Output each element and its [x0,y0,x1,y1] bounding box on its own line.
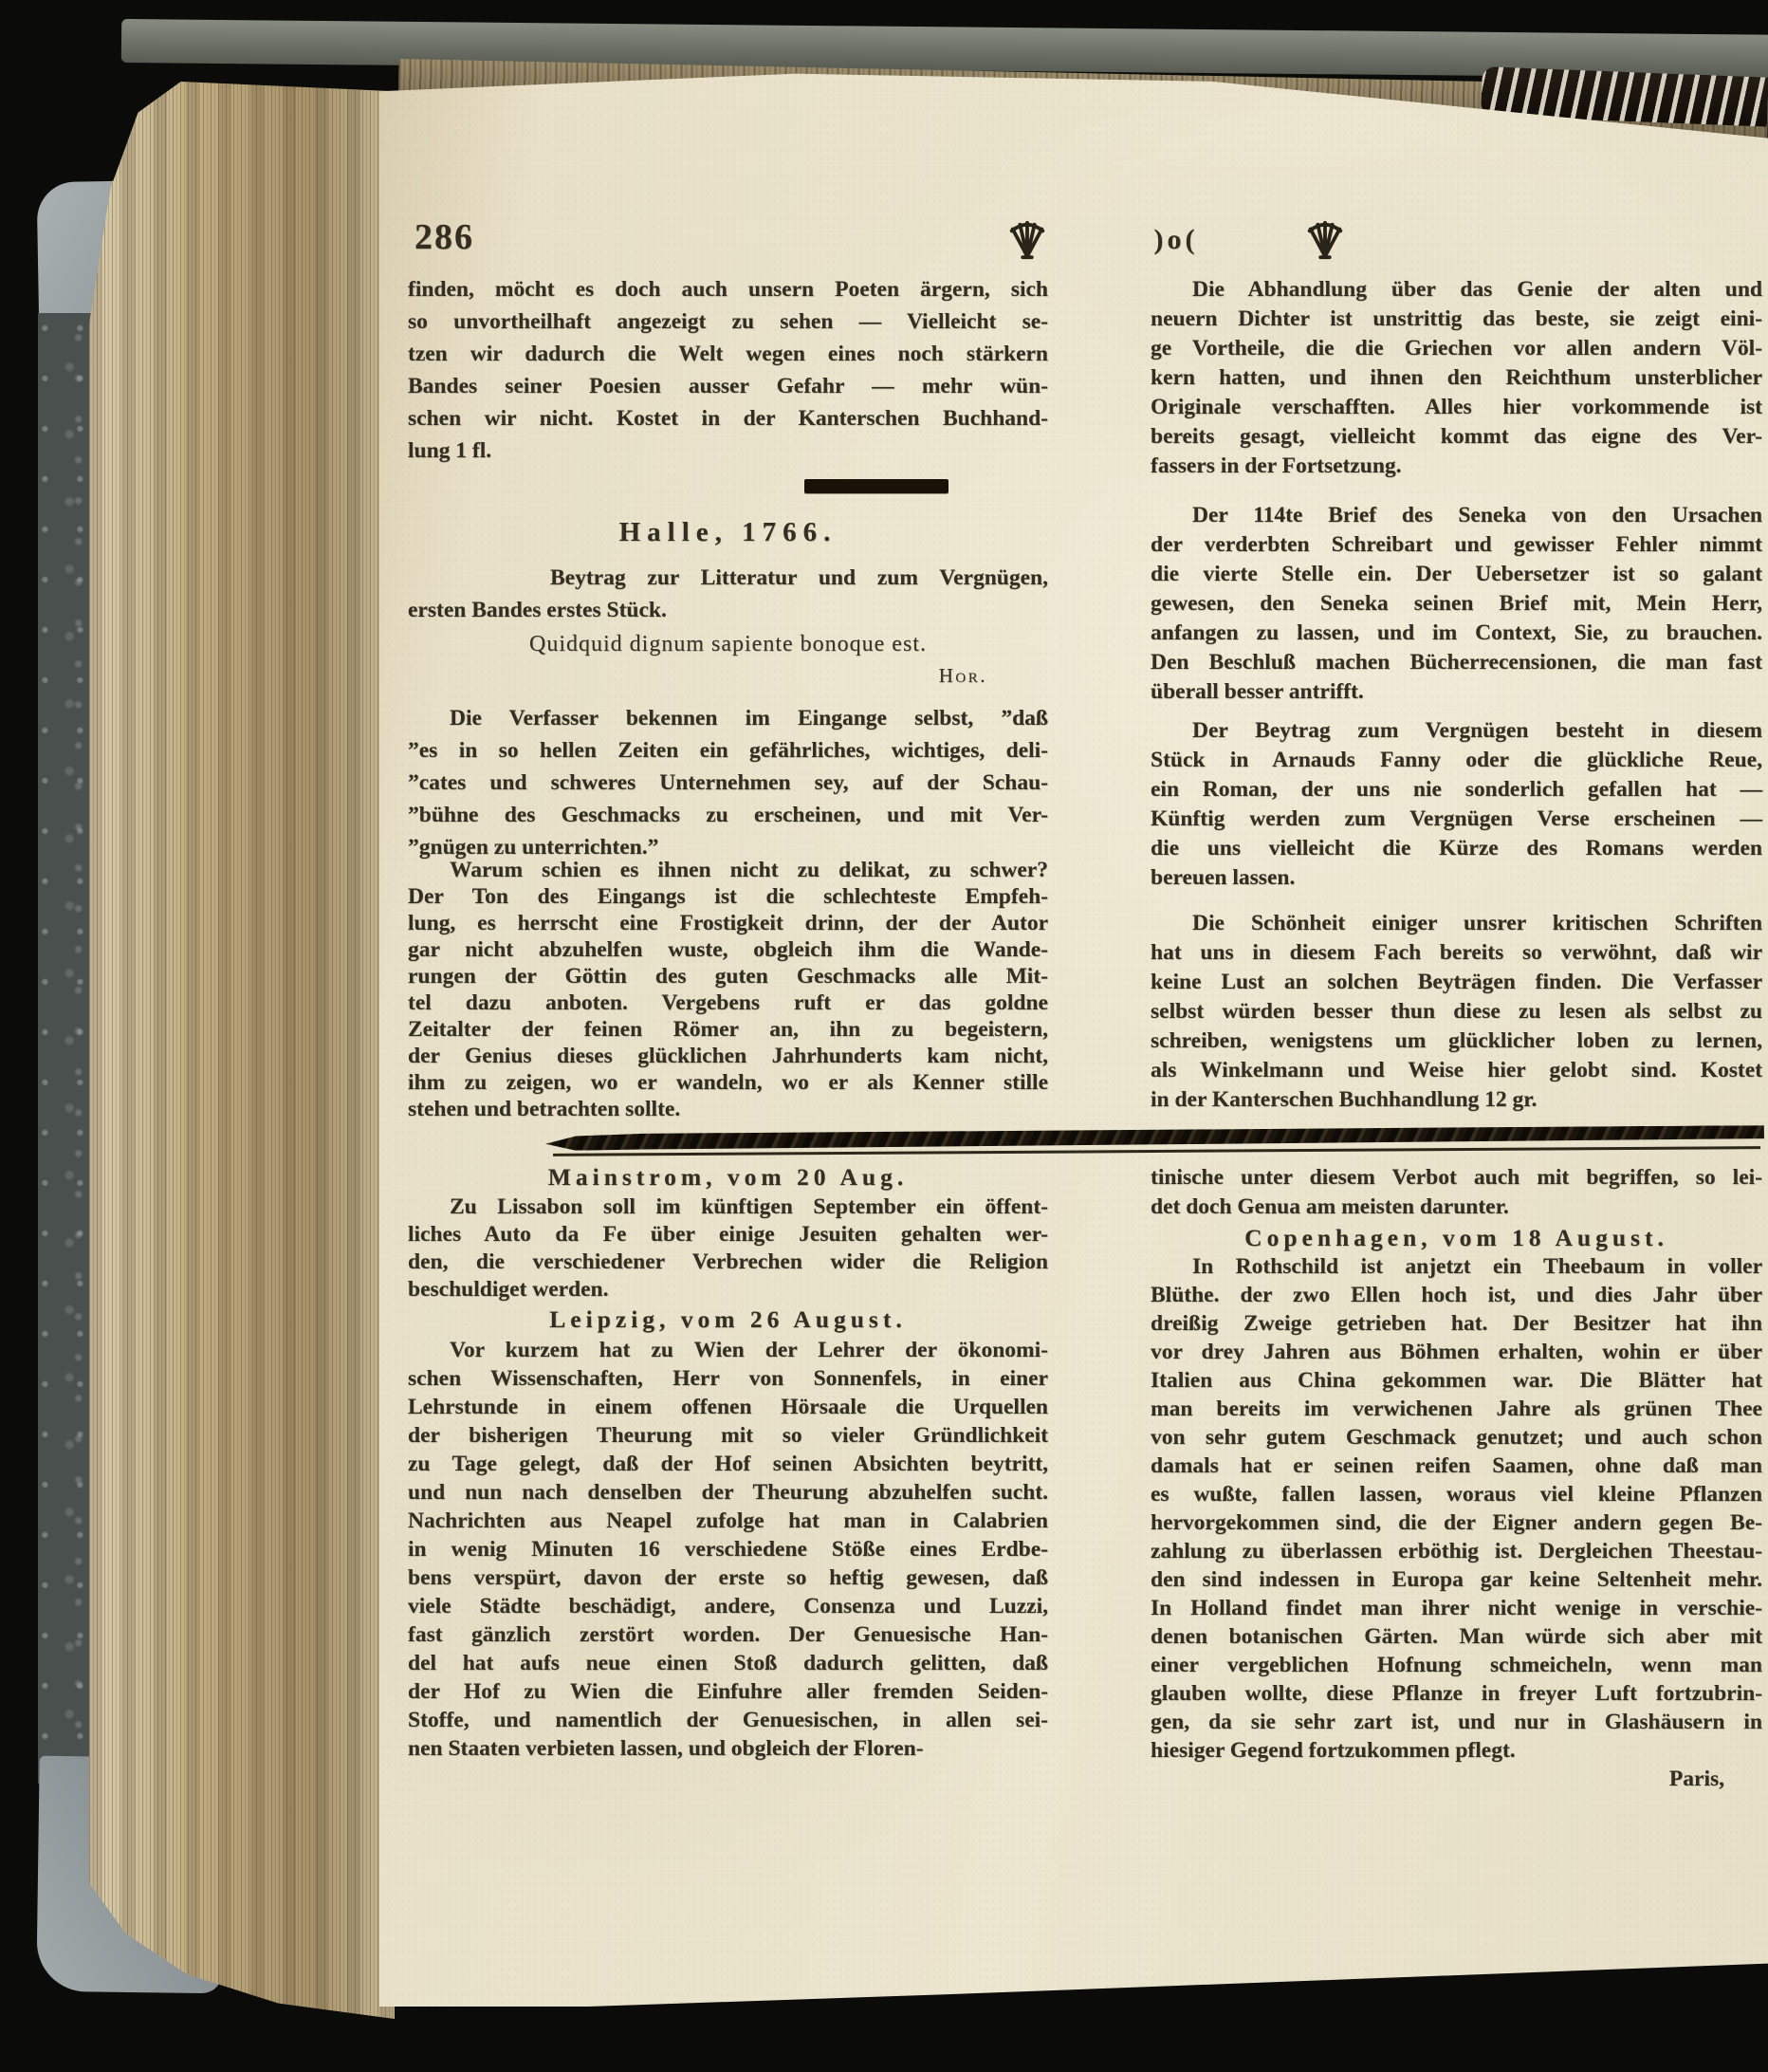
text-line: Zu Lissabon soll im künftigen September … [408,1193,1048,1221]
text-line: bens verspürt, davon der erste so heftig… [408,1563,1048,1592]
text-line: gar nicht abzuhelfen wuste, obgleich ihm… [408,936,1048,963]
paragraph-continuation: finden, möcht es doch auch unsern Poeten… [408,273,1048,467]
text-line: fast gänzlich zerstört worden. Der Genue… [408,1620,1048,1649]
text-line: in wenig Minuten 16 verschiedene Stöße e… [408,1535,1048,1563]
text-line: Bandes seiner Poesien ausser Gefahr — me… [408,370,1048,402]
book-page: 286 )o( finden, möcht es doch auc [379,52,1768,2007]
text-line: schreiben, wenigstens um glücklicher lob… [1151,1027,1762,1056]
text-line: zahlung zu überlassen erböthig ist. Derg… [1151,1537,1762,1565]
text-line: man bereits im verwichenen Jahre als grü… [1151,1395,1762,1423]
news-heading-leipzig: Leipzig, vom 26 August. [408,1305,1048,1334]
text-line: in der Kanterschen Buchhandlung 12 gr. [1151,1085,1762,1115]
ornamental-divider [545,1125,1764,1157]
text-line: Stück in Arnauds Fanny oder die glücklic… [1151,746,1762,775]
shell-ornament-icon [1005,219,1049,261]
text-line: damals hat er seinen reifen Saamen, ohne… [1151,1452,1762,1480]
news-paragraph: In Rothschild ist anjetzt ein Theebaum i… [1151,1252,1762,1765]
text-line: ”es in so hellen Zeiten ein gefährliches… [408,734,1048,767]
text-line: liches Auto da Fe über einige Jesuiten g… [408,1221,1048,1249]
text-line: del hat aufs neue einen Stoß dadurch gel… [408,1649,1048,1677]
text-line: gen, da sie sehr zart ist, und nur in Gl… [1151,1708,1762,1736]
section-rule [804,479,948,493]
news-paragraph: Vor kurzem hat zu Wien der Lehrer der ök… [408,1336,1048,1763]
text-line: kern hatten, und ihnen den Reichthum uns… [1151,363,1762,393]
text-line: lung 1 fl. [408,435,1048,467]
text-line: gewesen, den Seneka seinen Brief mit, Me… [1151,589,1762,619]
text-line: der verderbten Schreibart und gewisser F… [1151,530,1762,560]
text-line: Der Beytrag zum Vergnügen besteht in die… [1151,716,1762,746]
text-line: Vor kurzem hat zu Wien der Lehrer der ök… [408,1336,1048,1364]
text-line: hat uns in diesem Fach bereits so verwöh… [1151,938,1762,968]
text-line: der Hof zu Wien die Einfuhre aller fremd… [408,1677,1048,1706]
text-line: tzen wir dadurch die Welt wegen eines no… [408,338,1048,370]
text-line: stehen und betrachten sollte. [408,1096,1048,1122]
text-line: Warum schien es ihnen nicht zu delikat, … [408,857,1048,883]
text-line: In Holland findet man ihrer nicht wenige… [1151,1594,1762,1622]
text-line: finden, möcht es doch auch unsern Poeten… [408,273,1048,305]
text-line: Zeitalter der feinen Römer an, ihn zu be… [408,1016,1048,1043]
text-line: tinische unter diesem Verbot auch mit be… [1151,1163,1762,1193]
latin-epigraph: Quidquid dignum sapiente bonoque est. [408,632,1048,657]
page-number: 286 [414,216,474,258]
text-line: Italien aus China gekommen war. Die Blät… [1151,1366,1762,1395]
text-line: Blüthe. der zwo Ellen hoch ist, und dies… [1151,1281,1762,1309]
text-line: den, die verschiedener Verbrechen wider … [408,1249,1048,1276]
text-line: der Genius dieses glücklichen Jahrhunder… [408,1043,1048,1069]
text-line: Nachrichten aus Neapel zufolge hat man i… [408,1507,1048,1535]
news-heading-mainstrom: Mainstrom, vom 20 Aug. [408,1163,1048,1192]
text-line: schen wir nicht. Kostet in der Kantersch… [408,402,1048,435]
text-line: denen botanischen Gärten. Man würde sich… [1151,1622,1762,1651]
text-line: keine Lust an solchen Beyträgen finden. … [1151,968,1762,997]
shell-ornament-icon [1303,219,1347,261]
text-line: Die Schönheit einiger unsrer kritischen … [1151,909,1762,938]
text-line: Beytrag zur Litteratur und zum Vergnügen… [408,562,1048,594]
text-line: hervorgekommen sind, die der Eigner ande… [1151,1508,1762,1537]
text-line: den sind indessen in Europa gar keine Se… [1151,1565,1762,1594]
text-line: Der Ton des Eingangs ist die schlechtest… [408,883,1048,910]
text-line: die vierte Stelle ein. Der Uebersetzer i… [1151,560,1762,589]
text-line: die uns vielleicht die Kürze des Romans … [1151,834,1762,863]
text-line: ersten Bandes erstes Stück. [408,594,1048,626]
text-line: so unvortheilhaft angezeigt zu sehen — V… [408,305,1048,338]
review-paragraph: Der Beytrag zum Vergnügen besteht in die… [1151,716,1762,893]
text-line: Den Beschluß machen Bücherrecensionen, d… [1151,648,1762,677]
text-line: Originale verschafften. Alles hier vorko… [1151,393,1762,422]
text-line: ein Roman, der uns nie sonderlich gefall… [1151,775,1762,805]
text-line: lung, es herrscht eine Frostigkeit drinn… [408,910,1048,936]
text-line: einer vergeblichen Hofnung schmeicheln, … [1151,1651,1762,1679]
text-line: Der 114te Brief des Seneka von den Ursac… [1151,501,1762,530]
text-line: bereuen lassen. [1151,863,1762,893]
catchword: Paris, [1151,1767,1762,1792]
text-line: fassers in der Fortsetzung. [1151,452,1762,481]
text-line: viele Städte beschädigt, andere, Consenz… [408,1592,1048,1620]
text-line: Stoffe, und namentlich der Genuesischen,… [408,1706,1048,1734]
text-line: nen Staaten verbieten lassen, und obglei… [408,1734,1048,1763]
text-line: hiesiger Gegend fortzukommen pflegt. [1151,1736,1762,1765]
text-line: In Rothschild ist anjetzt ein Theebaum i… [1151,1252,1762,1281]
text-line: det doch Genua am meisten darunter. [1151,1193,1762,1222]
text-line: überall besser antrifft. [1151,677,1762,707]
article-subtitle: Beytrag zur Litteratur und zum Vergnügen… [408,562,1048,626]
text-line: rungen der Göttin des guten Geschmacks a… [408,963,1048,990]
book-photo: { "page": { "number": "286", "ornaments"… [0,0,1768,2072]
article-heading-halle: Halle, 1766. [408,517,1048,548]
center-ornament: )o( [1154,224,1199,256]
text-line: vor drey Jahren aus Böhmen erhalten, woh… [1151,1338,1762,1366]
text-line: der bisherigen Theurung mit so vieler Gr… [408,1421,1048,1450]
text-line: ge Vortheile, die die Griechen vor allen… [1151,334,1762,363]
text-line: selbst würden besser thun diese zu lesen… [1151,997,1762,1027]
text-line: dreißig Zweige getrieben hat. Der Besitz… [1151,1309,1762,1338]
text-line: anfangen zu lassen, und im Context, Sie,… [1151,619,1762,648]
review-paragraph: Der 114te Brief des Seneka von den Ursac… [1151,501,1762,707]
review-paragraph: Warum schien es ihnen nicht zu delikat, … [408,857,1048,1122]
text-line: ihm zu zeigen, wo er wandeln, wo er als … [408,1069,1048,1096]
text-line: Lehrstunde in einem offenen Hörsaale die… [408,1393,1048,1421]
text-line: glauben wollte, diese Pflanze in freyer … [1151,1679,1762,1708]
text-line: Die Verfasser bekennen im Eingange selbs… [408,702,1048,734]
text-line: ”bühne des Geschmacks zu erscheinen, und… [408,799,1048,831]
text-line: bereits gesagt, vielleicht kommt das eig… [1151,422,1762,452]
news-paragraph-continuation: tinische unter diesem Verbot auch mit be… [1151,1163,1762,1222]
book-fore-edge-pages [89,82,395,2019]
text-line: zu Tage gelegt, daß der Hof seinen Absic… [408,1450,1048,1478]
text-line: ”cates und schweres Unternehmen sey, auf… [408,767,1048,799]
review-paragraph: Die Schönheit einiger unsrer kritischen … [1151,909,1762,1115]
text-line: es wußte, fallen lassen, woraus viel kle… [1151,1480,1762,1508]
text-line: neuern Dichter ist unstrittig das beste,… [1151,305,1762,334]
news-paragraph: Zu Lissabon soll im künftigen September … [408,1193,1048,1304]
text-line: Die Abhandlung über das Genie der alten … [1151,275,1762,305]
text-line: von sehr gutem Geschmack genutzet; und a… [1151,1423,1762,1452]
text-line: als Winkelmann und Weise hier gelobt sin… [1151,1056,1762,1085]
text-line: tel dazu anboten. Vergebens ruft er das … [408,990,1048,1016]
text-line: Künftig werden zum Vergnügen Verse ersch… [1151,805,1762,834]
header-ornament-row: )o( [1005,213,1347,267]
text-line: schen Wissenschaften, Herr von Sonnenfel… [408,1364,1048,1393]
text-line: beschuldiget werden. [408,1276,1048,1304]
text-line: und nun nach denselben der Theurung abzu… [408,1478,1048,1507]
review-paragraph: Die Verfasser bekennen im Eingange selbs… [408,702,1048,863]
review-paragraph: Die Abhandlung über das Genie der alten … [1151,275,1762,481]
epigraph-attribution: Hor. [408,664,1048,688]
news-heading-copenhagen: Copenhagen, vom 18 August. [1151,1224,1762,1252]
